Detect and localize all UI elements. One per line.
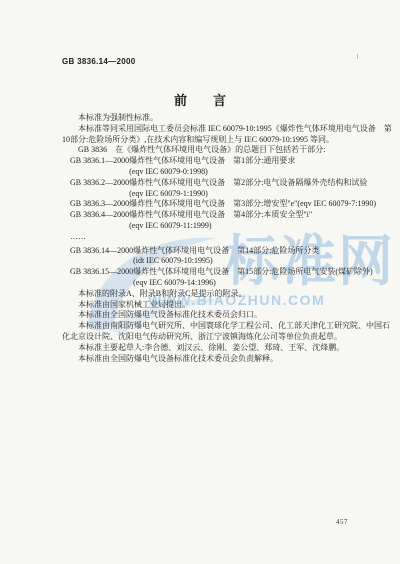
standard-code: GB 3836.3—2000: [70, 199, 129, 210]
standard-entry: ……: [70, 232, 396, 243]
standard-code-header: GB 3836.14—2000: [62, 57, 135, 66]
standard-entry: GB 3836.2—2000爆炸性气体环境用电气设备 第2部分:电气设备隔爆外壳…: [70, 178, 396, 200]
standard-entry: GB 3836.15—2000爆炸性气体环境用电气设备 第15部分:危险场所电气…: [70, 267, 396, 289]
standard-code: GB 3836.14—2000: [70, 246, 133, 257]
standard-iec-reference: (idt IEC 60079-10:1995): [133, 256, 396, 267]
standard-description: 爆炸性气体环境用电气设备 第4部分:本质安全型"i"(eqv IEC 60079…: [129, 210, 396, 232]
standard-iec-reference: (eqv IEC 60079-0:1998): [129, 167, 396, 178]
standard-code: GB 3836.15—2000: [70, 267, 133, 278]
standard-description: 爆炸性气体环境用电气设备 第1部分:通用要求(eqv IEC 60079-0:1…: [129, 156, 396, 178]
standard-description: 爆炸性气体环境用电气设备 第2部分:电气设备隔爆外壳结构和试验(eqv IEC …: [129, 178, 396, 200]
standard-iec-reference: (eqv IEC 60079-11:1999): [129, 221, 396, 232]
document-paragraph: 本标准等同采用国际电工委员会标准 IEC 60079-10:1995《爆炸性气体…: [62, 124, 396, 146]
document-paragraph: 本标准为强制性标准。: [62, 113, 396, 124]
standard-iec-reference: (eqv IEC 60079-14:1996): [133, 278, 396, 289]
standard-entry: GB 3836.4—2000爆炸性气体环境用电气设备 第4部分:本质安全型"i"…: [70, 210, 396, 232]
page-number: 457: [336, 518, 348, 526]
scan-corner-mark: [357, 54, 358, 59]
standard-entry: GB 3836.3—2000爆炸性气体环境用电气设备 第3部分:增安型"e"(e…: [70, 199, 396, 210]
standard-description: 爆炸性气体环境用电气设备 第15部分:危险场所电气安装(煤矿除外)(eqv IE…: [133, 267, 396, 289]
document-paragraph: 本标准由南阳防爆电气研究所、中国寰球化学工程公司、化工部天津化工研究院、中国石化…: [62, 321, 396, 343]
standard-code: GB 3836.4—2000: [70, 210, 129, 221]
document-paragraph: 本标准由全国防爆电气设备标准化技术委员会负责解释。: [62, 354, 396, 365]
document-paragraph: 本标准主要起草人:李合德、刘汉云、徐刚、姜公望、郑琦、王军、沈烽鹏。: [62, 343, 396, 354]
document-paragraph: 本标准的附录A、附录B和附录C是提示的附录。: [62, 289, 396, 300]
standard-code: GB 3836.1—2000: [70, 156, 129, 167]
document-paragraph: 本标准由全国防爆电气设备标准化技术委员会归口。: [62, 310, 396, 321]
standard-code: ……: [70, 232, 126, 243]
intro-paragraphs: 本标准为强制性标准。本标准等同采用国际电工委员会标准 IEC 60079-10:…: [62, 113, 396, 156]
standard-iec-reference: (eqv IEC 60079-1:1990): [129, 189, 396, 200]
document-paragraph: GB 3836 在《爆炸性气体环境用电气设备》的总题目下包括若干部分:: [62, 145, 396, 156]
standard-description: 爆炸性气体环境用电气设备 第14部分:危险场所分类(idt IEC 60079-…: [133, 246, 396, 268]
standard-code: GB 3836.2—2000: [70, 178, 129, 189]
standards-list: GB 3836.1—2000爆炸性气体环境用电气设备 第1部分:通用要求(eqv…: [62, 156, 396, 289]
document-paragraph: 本标准由国家机械工业局提出。: [62, 300, 396, 311]
document-page: 标准网 WWW.BIAOZHUN.COM GB 3836.14—2000 前 言…: [0, 0, 400, 564]
standard-entry: GB 3836.14—2000爆炸性气体环境用电气设备 第14部分:危险场所分类…: [70, 246, 396, 268]
standard-entry: GB 3836.1—2000爆炸性气体环境用电气设备 第1部分:通用要求(eqv…: [70, 156, 396, 178]
closing-paragraphs: 本标准的附录A、附录B和附录C是提示的附录。本标准由国家机械工业局提出。本标准由…: [62, 289, 396, 365]
page-title: 前 言: [0, 90, 400, 109]
foreword-body: 本标准为强制性标准。本标准等同采用国际电工委员会标准 IEC 60079-10:…: [62, 113, 396, 364]
standard-description: 爆炸性气体环境用电气设备 第3部分:增安型"e"(eqv IEC 60079-7…: [129, 199, 396, 210]
